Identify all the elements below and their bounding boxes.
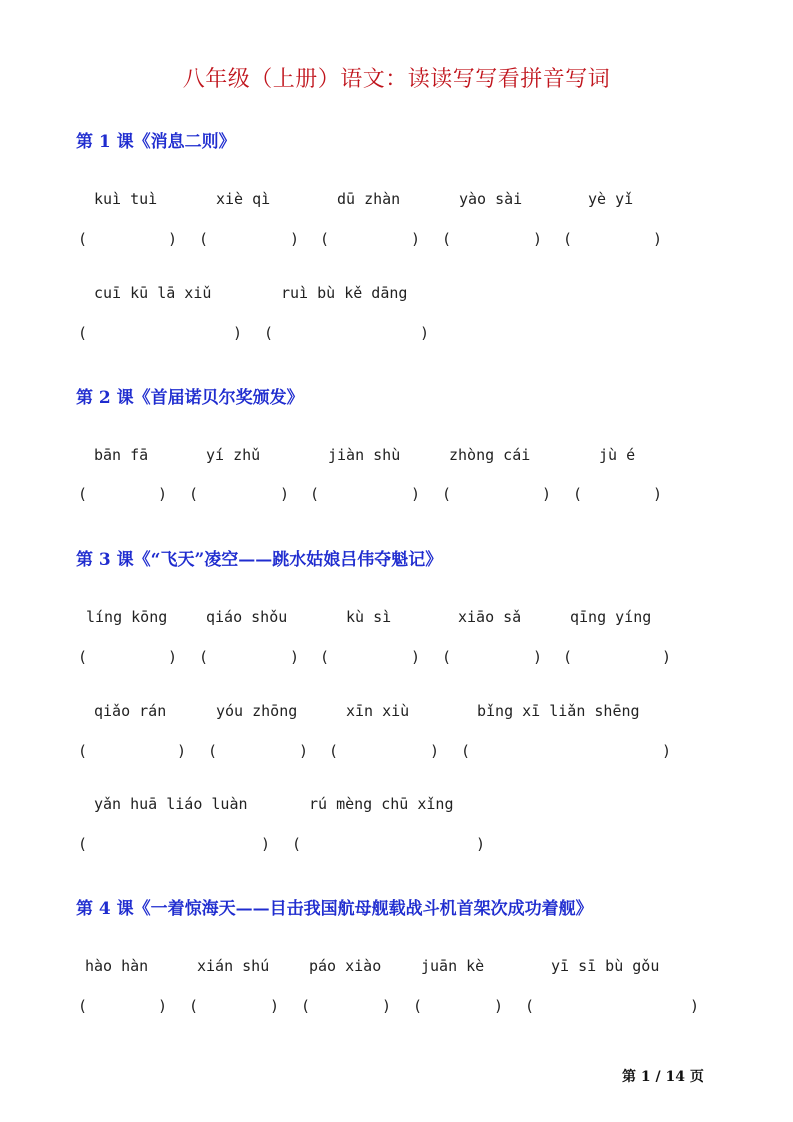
answer-blank-open[interactable]: ( bbox=[78, 485, 87, 503]
answer-blank-close[interactable]: ) bbox=[158, 997, 167, 1015]
answer-blank-close[interactable]: ) bbox=[261, 835, 270, 853]
answer-blank-close[interactable]: ) bbox=[653, 230, 662, 248]
pinyin: qiáo shǒu bbox=[206, 608, 287, 626]
answer-blank-open[interactable]: ( bbox=[442, 485, 451, 503]
answer-blank-close[interactable]: ) bbox=[290, 648, 299, 666]
answer-blank-close[interactable]: ) bbox=[382, 997, 391, 1015]
answer-blank-close[interactable]: ) bbox=[233, 324, 242, 342]
answer-blank-open[interactable]: ( bbox=[320, 230, 329, 248]
pinyin: ruì bù kě dāng bbox=[281, 284, 407, 302]
pinyin: kù sì bbox=[346, 608, 391, 626]
pinyin: hào hàn bbox=[85, 957, 148, 975]
answer-blank-close[interactable]: ) bbox=[411, 230, 420, 248]
answer-blank-open[interactable]: ( bbox=[78, 835, 87, 853]
pinyin: jù é bbox=[599, 446, 635, 464]
answer-blank-open[interactable]: ( bbox=[189, 997, 198, 1015]
answer-blank-close[interactable]: ) bbox=[299, 742, 308, 760]
answer-blank-open[interactable]: ( bbox=[78, 742, 87, 760]
page-number: 第 1 / 14 页 bbox=[622, 1066, 704, 1086]
pinyin: jiàn shù bbox=[328, 446, 400, 464]
pinyin: yǎn huā liáo luàn bbox=[94, 795, 248, 813]
lesson-heading-2: 第 2 课《首届诺贝尔奖颁发》 bbox=[76, 383, 304, 408]
answer-blank-close[interactable]: ) bbox=[411, 648, 420, 666]
answer-blank-close[interactable]: ) bbox=[690, 997, 699, 1015]
pinyin: yī sī bù gǒu bbox=[551, 957, 659, 975]
answer-blank-close[interactable]: ) bbox=[290, 230, 299, 248]
answer-blank-close[interactable]: ) bbox=[662, 742, 671, 760]
pinyin: cuī kū lā xiǔ bbox=[94, 284, 211, 302]
answer-blank-close[interactable]: ) bbox=[411, 485, 420, 503]
answer-blank-close[interactable]: ) bbox=[662, 648, 671, 666]
answer-blank-open[interactable]: ( bbox=[189, 485, 198, 503]
answer-blank-open[interactable]: ( bbox=[525, 997, 534, 1015]
answer-blank-open[interactable]: ( bbox=[292, 835, 301, 853]
lesson-heading-1: 第 1 课《消息二则》 bbox=[76, 127, 236, 152]
answer-blank-open[interactable]: ( bbox=[573, 485, 582, 503]
answer-blank-open[interactable]: ( bbox=[301, 997, 310, 1015]
answer-blank-open[interactable]: ( bbox=[78, 230, 87, 248]
lesson-heading-3: 第 3 课《“飞天”凌空——跳水姑娘吕伟夺魁记》 bbox=[76, 545, 442, 570]
answer-blank-open[interactable]: ( bbox=[563, 648, 572, 666]
answer-blank-open[interactable]: ( bbox=[329, 742, 338, 760]
answer-blank-open[interactable]: ( bbox=[78, 997, 87, 1015]
answer-blank-close[interactable]: ) bbox=[533, 230, 542, 248]
pinyin: líng kōng bbox=[86, 608, 167, 626]
answer-blank-open[interactable]: ( bbox=[461, 742, 470, 760]
answer-blank-open[interactable]: ( bbox=[310, 485, 319, 503]
lesson-heading-4: 第 4 课《一着惊海天——目击我国航母舰载战斗机首架次成功着舰》 bbox=[76, 894, 593, 919]
answer-blank-close[interactable]: ) bbox=[420, 324, 429, 342]
pinyin: xián shú bbox=[197, 957, 269, 975]
pinyin: rú mèng chū xǐng bbox=[309, 795, 454, 813]
pinyin: xiè qì bbox=[216, 190, 270, 208]
answer-blank-close[interactable]: ) bbox=[653, 485, 662, 503]
answer-blank-close[interactable]: ) bbox=[177, 742, 186, 760]
answer-blank-close[interactable]: ) bbox=[270, 997, 279, 1015]
pinyin: bān fā bbox=[94, 446, 148, 464]
pinyin: dū zhàn bbox=[337, 190, 400, 208]
pinyin: xīn xiù bbox=[346, 702, 409, 720]
answer-blank-close[interactable]: ) bbox=[494, 997, 503, 1015]
answer-blank-close[interactable]: ) bbox=[476, 835, 485, 853]
answer-blank-open[interactable]: ( bbox=[208, 742, 217, 760]
pinyin: yào sài bbox=[459, 190, 522, 208]
answer-blank-close[interactable]: ) bbox=[168, 648, 177, 666]
pinyin: yè yǐ bbox=[588, 190, 633, 208]
answer-blank-open[interactable]: ( bbox=[78, 648, 87, 666]
pinyin: juān kè bbox=[421, 957, 484, 975]
answer-blank-close[interactable]: ) bbox=[280, 485, 289, 503]
answer-blank-close[interactable]: ) bbox=[533, 648, 542, 666]
answer-blank-close[interactable]: ) bbox=[542, 485, 551, 503]
answer-blank-open[interactable]: ( bbox=[442, 648, 451, 666]
pinyin: qīng yíng bbox=[570, 608, 651, 626]
answer-blank-close[interactable]: ) bbox=[430, 742, 439, 760]
pinyin: kuì tuì bbox=[94, 190, 157, 208]
pinyin: qiǎo rán bbox=[94, 702, 166, 720]
pinyin: yí zhǔ bbox=[206, 446, 260, 464]
pinyin: xiāo sǎ bbox=[458, 608, 521, 626]
answer-blank-open[interactable]: ( bbox=[78, 324, 87, 342]
pinyin: zhòng cái bbox=[449, 446, 530, 464]
pinyin: bǐng xī liǎn shēng bbox=[477, 702, 640, 720]
answer-blank-open[interactable]: ( bbox=[264, 324, 273, 342]
answer-blank-close[interactable]: ) bbox=[158, 485, 167, 503]
answer-blank-open[interactable]: ( bbox=[199, 648, 208, 666]
answer-blank-open[interactable]: ( bbox=[413, 997, 422, 1015]
answer-blank-open[interactable]: ( bbox=[320, 648, 329, 666]
pinyin: páo xiào bbox=[309, 957, 381, 975]
document-title: 八年级（上册）语文：读读写写看拼音写词 bbox=[0, 62, 793, 93]
answer-blank-open[interactable]: ( bbox=[199, 230, 208, 248]
answer-blank-open[interactable]: ( bbox=[563, 230, 572, 248]
answer-blank-open[interactable]: ( bbox=[442, 230, 451, 248]
answer-blank-close[interactable]: ) bbox=[168, 230, 177, 248]
pinyin: yóu zhōng bbox=[216, 702, 297, 720]
